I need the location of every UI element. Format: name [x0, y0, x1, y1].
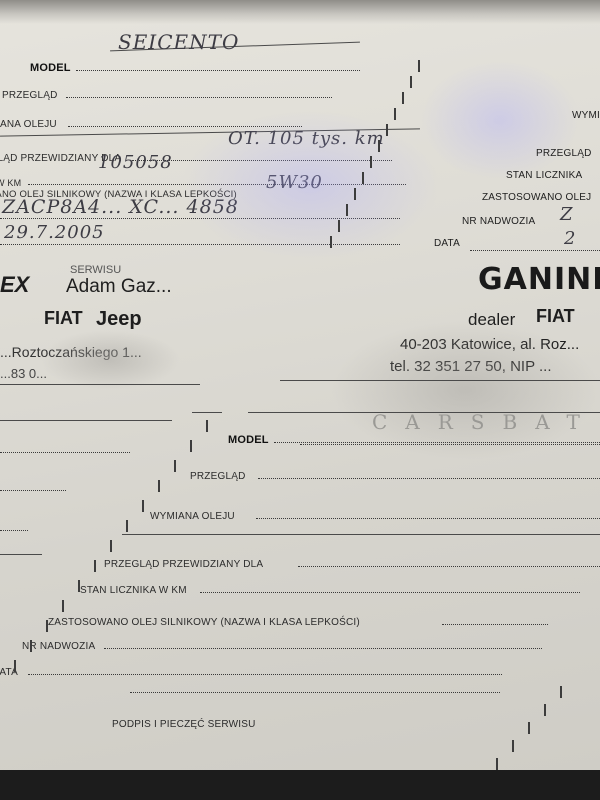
page-edge [110, 540, 112, 552]
lower-signature-row: PODPIS I PIECZĘĆ SERWISU [112, 712, 312, 730]
divider [280, 380, 600, 381]
page-edge [354, 188, 356, 200]
service-book-page: MODEL SEICENTO PRZEGLĄD WYMIANA OLEJU PR… [0, 0, 600, 770]
stamp-brand-fragment: EX [0, 272, 29, 298]
stamp-make-fiat: FIAT [44, 308, 83, 329]
page-edge [46, 620, 48, 632]
upper-model-row: MODEL [30, 56, 360, 74]
stamp-make-jeep: Jeep [96, 308, 142, 331]
page-edge [544, 704, 546, 716]
upper-date-value: 29.7.2005 [4, 222, 105, 243]
dotted-line [66, 97, 332, 98]
page-edge [370, 156, 372, 168]
upper-oil-label: WYMIANA OLEJU [0, 119, 57, 130]
right-przeglad-label: PRZEGLĄD [536, 148, 592, 159]
page-edge [142, 500, 144, 512]
watermark-blob [40, 330, 180, 390]
dotted-line [104, 648, 542, 649]
page-edge [410, 76, 412, 88]
right-date-label: DATA [434, 238, 460, 249]
dotted-line [300, 444, 600, 445]
dotted-line [470, 250, 600, 251]
dotted-line [76, 70, 360, 71]
page-edge [330, 236, 332, 248]
page-edge [512, 740, 514, 752]
dotted-line [0, 490, 66, 491]
dotted-line [130, 692, 500, 693]
right-oil-label: WYMIANA OLEJU [572, 110, 600, 121]
page-edge [14, 660, 16, 672]
right-date-value: 2 [564, 228, 576, 249]
page-edge [378, 140, 380, 152]
lower-planned-row: PRZEGLĄD PRZEWIDZIANY DLA [104, 552, 600, 570]
page-edge [402, 92, 404, 104]
page-edge [528, 722, 530, 734]
dealer-make: FIAT [536, 306, 575, 327]
lower-model-label: MODEL [228, 434, 269, 446]
page-edge [190, 440, 192, 452]
upper-model-label: MODEL [30, 62, 71, 74]
lower-oil-type-row: ZASTOSOWANO OLEJ SILNIKOWY (NAZWA I KLAS… [48, 610, 548, 628]
dotted-line [28, 674, 502, 675]
lower-odometer-row: STAN LICZNIKA W km [80, 578, 580, 596]
dotted-line [256, 518, 600, 519]
page-edge-shadow [0, 0, 600, 24]
divider [0, 384, 200, 385]
dotted-line [298, 566, 600, 567]
right-odometer-label: STAN LICZNIKA [506, 170, 582, 181]
stamp-phone: ...83 0... [0, 366, 47, 381]
divider [192, 412, 222, 413]
page-edge [94, 560, 96, 572]
dotted-line [0, 530, 28, 531]
signature-label: PODPIS I PIECZĘĆ SERWISU [112, 719, 256, 730]
page-edge [30, 640, 32, 652]
lower-vin-label: NR NADWOZIA [22, 641, 95, 652]
page-edge [362, 172, 364, 184]
upper-przeglad-row: PRZEGLĄD [2, 83, 332, 101]
dotted-line [274, 442, 600, 443]
page-edge [496, 758, 498, 770]
dealer-name: GANINEX [478, 262, 600, 297]
upper-odometer-value: 105058 [98, 152, 173, 173]
lower-oil-row: WYMIANA OLEJU [150, 504, 600, 522]
dotted-line [258, 478, 600, 479]
divider [122, 534, 600, 535]
dotted-line [442, 624, 548, 625]
background-surface [0, 770, 600, 800]
lower-oil-type-label: ZASTOSOWANO OLEJ SILNIKOWY (NAZWA I KLAS… [48, 617, 360, 628]
right-vin-label: NR NADWOZIA [462, 216, 535, 227]
page-edge [174, 460, 176, 472]
page-edge [386, 124, 388, 136]
divider [0, 420, 172, 421]
dotted-line [200, 592, 580, 593]
stamp-owner: Adam Gaz... [66, 276, 172, 298]
upper-przeglad-label: PRZEGLĄD [2, 90, 58, 101]
divider [0, 554, 42, 555]
lower-planned-label: PRZEGLĄD PRZEWIDZIANY DLA [104, 559, 263, 570]
page-edge [78, 580, 80, 592]
stamp-service-label: SERWISU [70, 264, 121, 276]
page-edge [126, 520, 128, 532]
lower-vin-row: NR NADWOZIA [22, 634, 542, 652]
lower-oil-label: WYMIANA OLEJU [150, 511, 235, 522]
page-edge [418, 60, 420, 72]
lower-przeglad-label: PRZEGLĄD [190, 471, 246, 482]
dotted-line [0, 452, 130, 453]
lower-date-row: DATA [0, 660, 502, 678]
lower-odometer-label: STAN LICZNIKA W km [80, 585, 187, 596]
upper-model-value: SEICENTO [118, 30, 239, 54]
page-edge [62, 600, 64, 612]
page-edge [338, 220, 340, 232]
page-edge [346, 204, 348, 216]
ink-bleed [180, 110, 440, 260]
page-edge [560, 686, 562, 698]
right-oil-type-label: ZASTOSOWANO OLEJ [482, 192, 591, 203]
page-edge [158, 480, 160, 492]
right-vin-value: Z [560, 204, 574, 225]
page-edge [394, 108, 396, 120]
ink-bleed [420, 60, 580, 180]
lower-przeglad-row: PRZEGLĄD [190, 464, 600, 482]
page-edge [206, 420, 208, 432]
divider [248, 412, 600, 413]
